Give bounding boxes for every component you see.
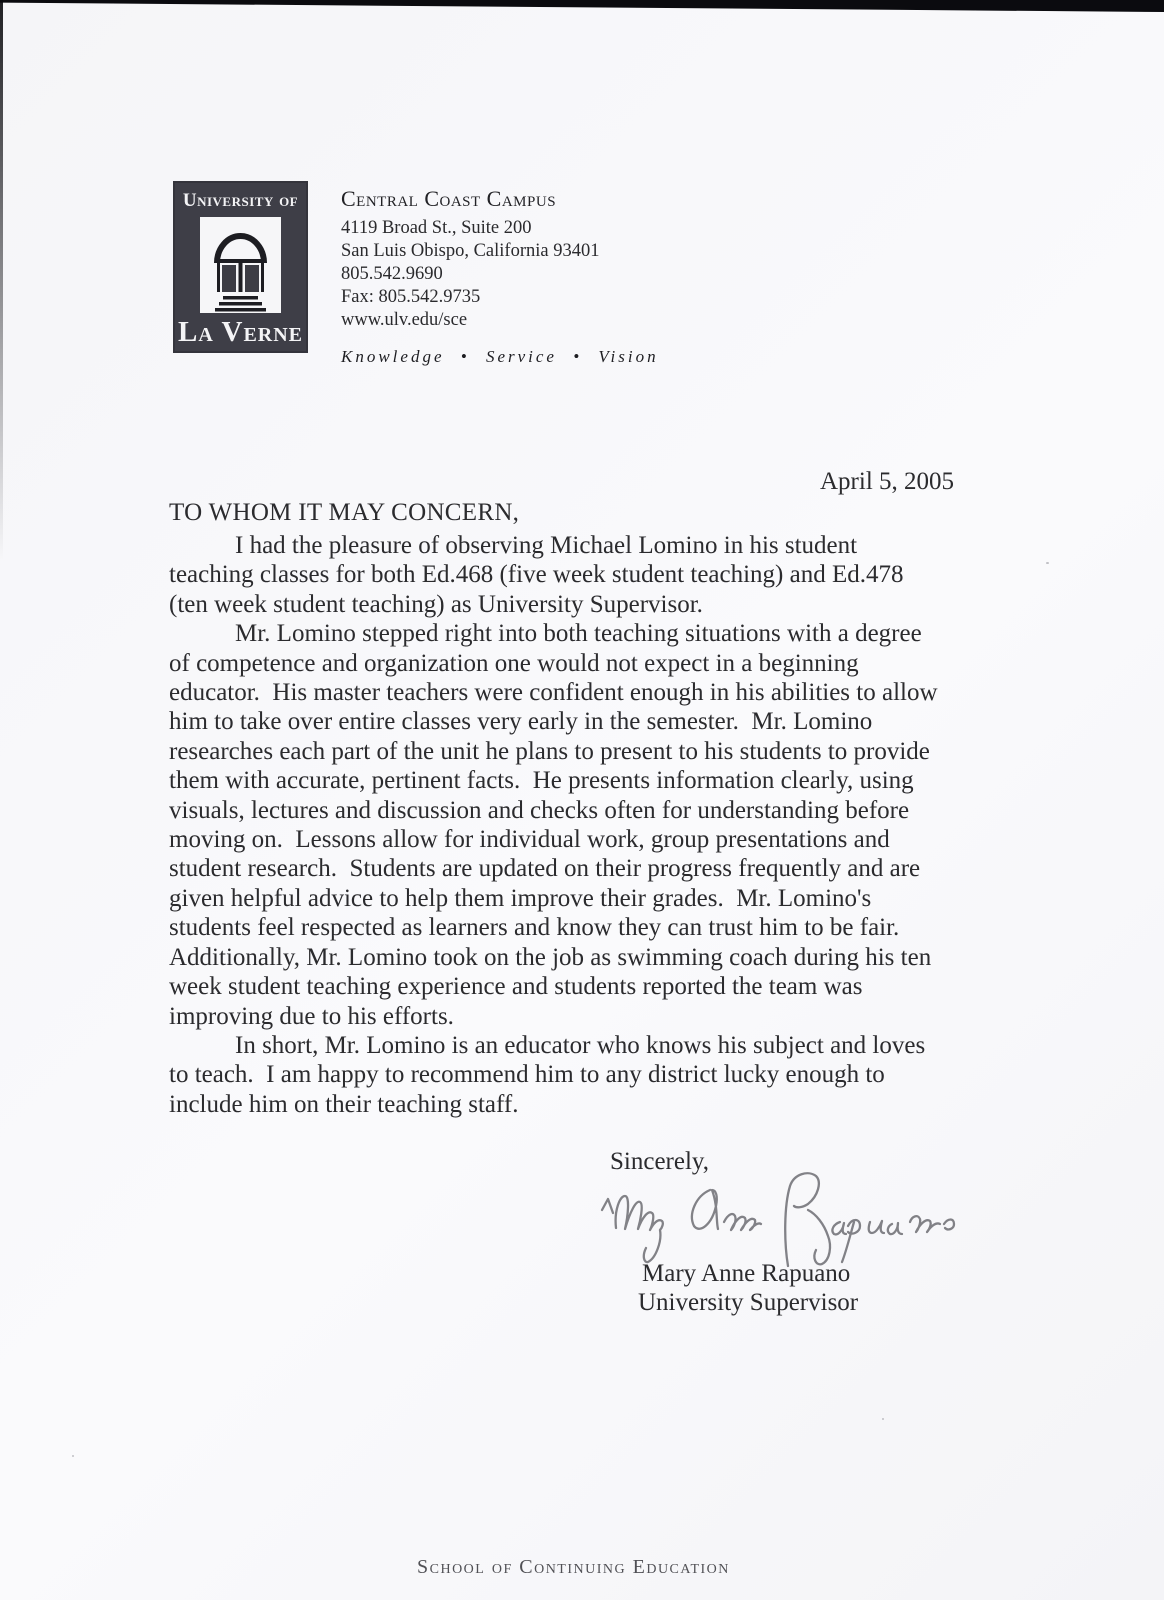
footer-department: School of Continuing Education — [417, 1556, 730, 1579]
letter-line: to teach. I am happy to recommend him to… — [169, 1060, 938, 1089]
university-logo: University of La Verne — [173, 181, 308, 353]
arch-doorway-icon — [200, 217, 281, 313]
letter-line: of competence and organization one would… — [169, 649, 938, 678]
letter-line: given helpful advice to help them improv… — [169, 884, 938, 913]
scanned-letter-page: University of La Verne Central Coas — [0, 0, 1164, 1600]
letter-salutation: TO WHOM IT MAY CONCERN, — [169, 499, 519, 527]
letter-line: him to take over entire classes very ear… — [169, 707, 938, 736]
letterhead-campus: Central Coast Campus — [341, 186, 659, 212]
signature-typed-name: Mary Anne Rapuano — [642, 1260, 850, 1288]
letter-line: student research. Students are updated o… — [169, 854, 938, 883]
letter-line: week student teaching experience and stu… — [169, 972, 938, 1001]
letter-line: In short, Mr. Lomino is an educator who … — [169, 1031, 938, 1060]
scan-artifact-left-edge — [0, 0, 3, 560]
scan-speck — [72, 1455, 74, 1457]
paragraph: In short, Mr. Lomino is an educator who … — [169, 1031, 938, 1119]
address-line: www.ulv.edu/sce — [341, 309, 659, 332]
paragraph: Mr. Lomino stepped right into both teach… — [169, 619, 938, 1031]
address-line: San Luis Obispo, California 93401 — [341, 240, 659, 263]
letter-line: moving on. Lessons allow for individual … — [169, 825, 938, 854]
letter-line: Mr. Lomino stepped right into both teach… — [169, 619, 938, 648]
letter-line: teaching classes for both Ed.468 (five w… — [169, 560, 938, 589]
letter-line: students feel respected as learners and … — [169, 913, 938, 942]
letter-date: April 5, 2005 — [820, 468, 954, 496]
letter-line: I had the pleasure of observing Michael … — [169, 531, 938, 560]
letterhead-address: 4119 Broad St., Suite 200San Luis Obispo… — [341, 217, 659, 332]
letter-line: them with accurate, pertinent facts. He … — [169, 766, 938, 795]
letter-line: educator. His master teachers were confi… — [169, 678, 938, 707]
address-line: 805.542.9690 — [341, 263, 659, 286]
logo-university-of-text: University of — [173, 190, 308, 212]
signature-typed-title: University Supervisor — [638, 1289, 858, 1317]
letterhead-text-block: Central Coast Campus 4119 Broad St., Sui… — [341, 186, 659, 367]
scan-artifact-top-edge — [0, 0, 1164, 12]
letterhead-tagline: Knowledge • Service • Vision — [341, 347, 659, 367]
letter-line: researches each part of the unit he plan… — [169, 737, 938, 766]
address-line: Fax: 805.542.9735 — [341, 286, 659, 309]
letter-line: visuals, lectures and discussion and che… — [169, 796, 938, 825]
letter-line: (ten week student teaching) as Universit… — [169, 590, 938, 619]
letter-line: Additionally, Mr. Lomino took on the job… — [169, 943, 938, 972]
logo-la-verne-text: La Verne — [173, 316, 308, 349]
address-line: 4119 Broad St., Suite 200 — [341, 217, 659, 240]
scan-speck — [882, 1418, 884, 1420]
letter-body: I had the pleasure of observing Michael … — [169, 531, 938, 1119]
scan-speck — [1046, 562, 1049, 564]
paragraph: I had the pleasure of observing Michael … — [169, 531, 938, 619]
letter-line: include him on their teaching staff. — [169, 1090, 938, 1119]
letter-line: improving due to his efforts. — [169, 1002, 938, 1031]
